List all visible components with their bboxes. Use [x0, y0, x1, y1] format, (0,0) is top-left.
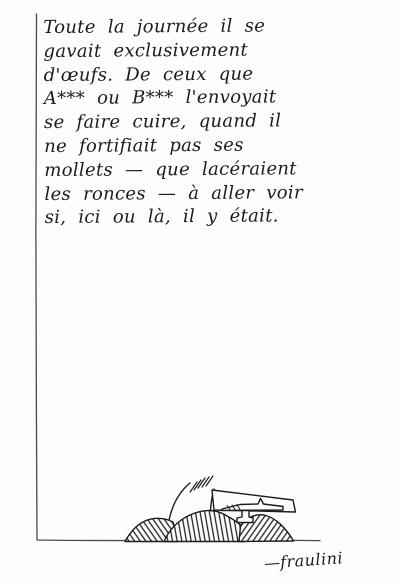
handwritten-line: Toute la journée il se: [43, 14, 343, 40]
handwritten-line: ne fortifiait pas ses: [44, 133, 344, 159]
handwritten-line: les ronces — à aller voir: [44, 181, 344, 207]
handwritten-line: gavait exclusivement: [43, 38, 343, 64]
handwritten-line: mollets — que lacéraient: [44, 157, 344, 183]
handwritten-text-block: Toute la journée il se gavait exclusivem…: [43, 14, 344, 230]
trouser-cuff-hatching: [190, 476, 213, 492]
center-hill: [164, 511, 245, 542]
handwritten-line: d'œufs. De ceux que: [44, 62, 344, 88]
handwritten-line: se faire cuire, quand il: [44, 109, 344, 135]
handwritten-line: A*** ou B*** l'envoyait: [44, 85, 344, 111]
handwritten-line: si, ici ou là, il y était.: [45, 204, 345, 230]
leg-over-hills-illustration: [125, 476, 296, 542]
page: Toute la journée il se gavait exclusivem…: [0, 0, 400, 585]
signature-dash: —: [263, 553, 280, 573]
